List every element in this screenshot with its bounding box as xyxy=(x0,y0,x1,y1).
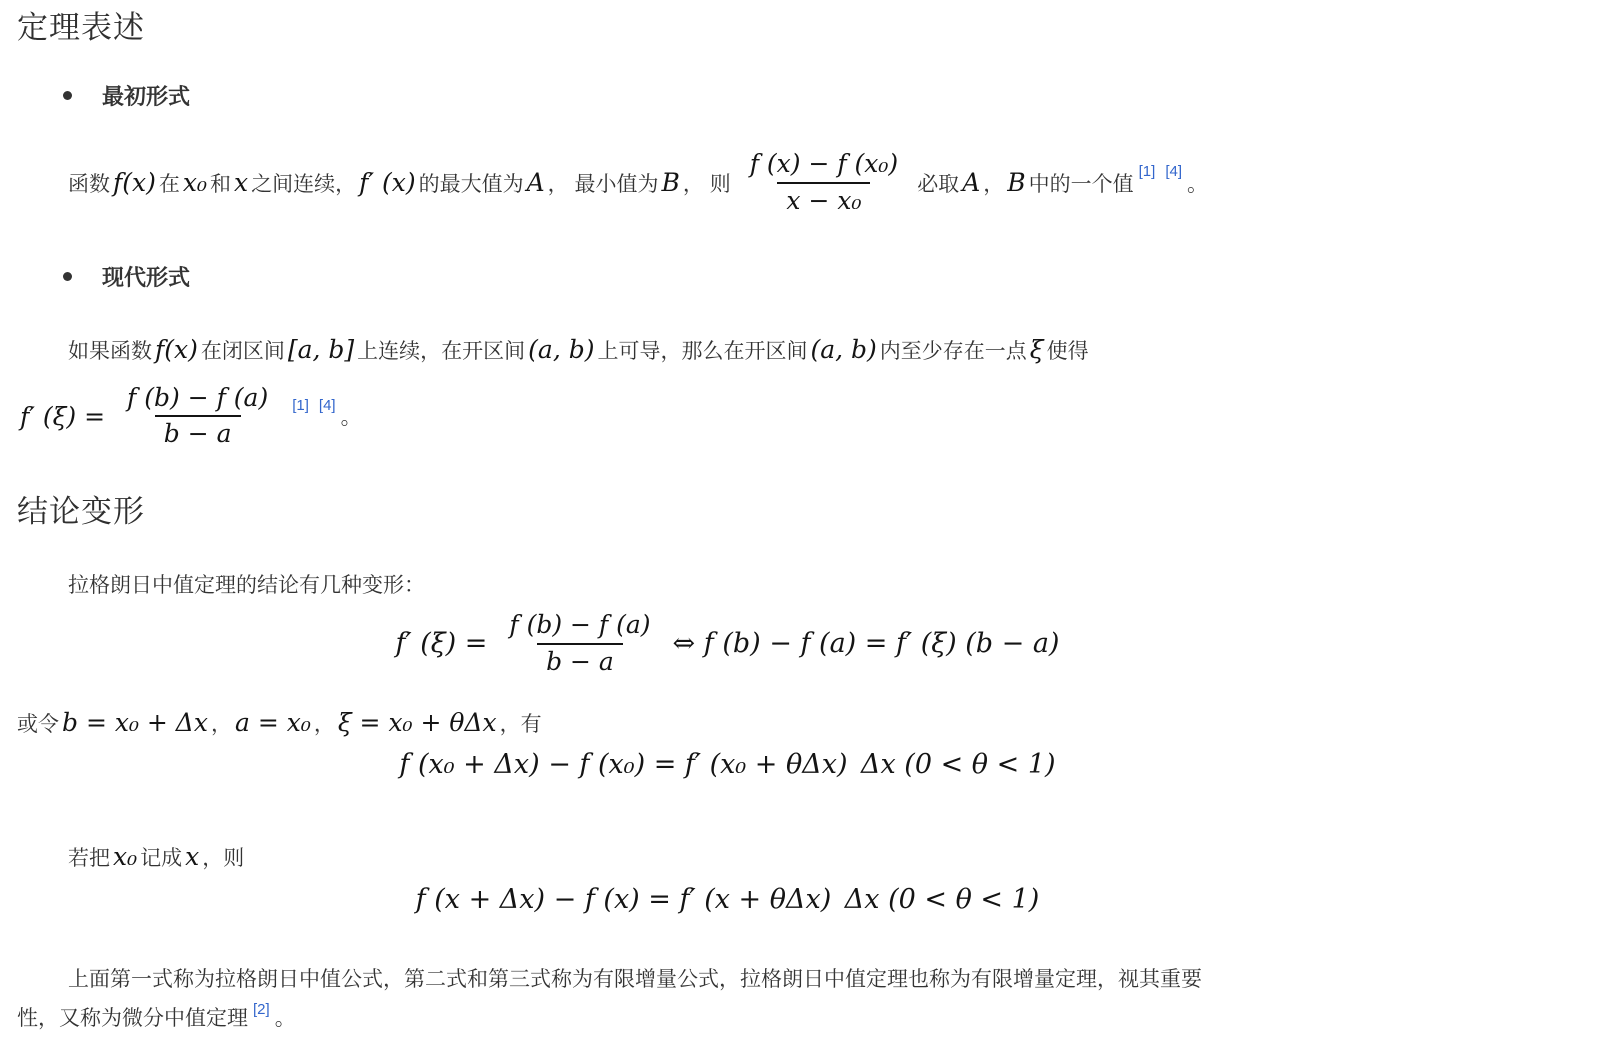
fraction-denominator: x − x₀ xyxy=(777,182,870,216)
text: 记成 xyxy=(140,847,182,870)
math-A: A xyxy=(527,168,545,197)
text: 中的一个值 xyxy=(1029,168,1134,198)
text: ， xyxy=(211,713,232,736)
fraction-numerator: f (x) − f (x₀) xyxy=(741,150,907,182)
reference-link-2[interactable]: [2] xyxy=(253,1001,270,1018)
math-closed-interval: [a, b] xyxy=(288,335,354,364)
text: 如果函数 xyxy=(68,340,152,363)
text: ，则 xyxy=(202,847,244,870)
text: 在 xyxy=(159,168,180,198)
math-B: B xyxy=(661,168,679,197)
paragraph-naming-line2: 性，又称为微分中值定理[2]。 xyxy=(17,1000,1588,1039)
math-f-prime-xi-equals: f′ (ξ) = xyxy=(396,628,488,659)
math-open-interval: (a, b) xyxy=(528,335,594,364)
text: 若把 xyxy=(68,847,110,870)
bullet-icon xyxy=(63,91,72,100)
math-xi-substitution: ξ = x₀ + θΔx xyxy=(338,708,497,737)
text: 拉格朗日中值定理的结论有几种变形： xyxy=(68,574,425,597)
math-B: B xyxy=(1007,168,1025,197)
paragraph-naming: 上面第一式称为拉格朗日中值公式，第二式和第三式称为有限增量公式，拉格朗日中值定理… xyxy=(17,961,1588,1039)
paragraph-original-form: 函数f(x)在x₀和x之间连续，f′ (x)的最大值为A， 最小值为B， 则f … xyxy=(17,150,1588,216)
reference-link-1[interactable]: [1] xyxy=(1139,163,1156,180)
math-b-substitution: b = x₀ + Δx xyxy=(62,708,208,737)
heading-conclusion-transformations: 结论变形 xyxy=(17,490,1588,534)
fraction-numerator: f (b) − f (a) xyxy=(500,611,659,643)
fraction-numerator: f (b) − f (a) xyxy=(118,384,277,416)
math-A: A xyxy=(962,168,980,197)
text: 的最大值为 xyxy=(419,168,524,198)
heading-theorem-statement: 定理表述 xyxy=(17,6,1588,50)
formula-lagrange-equivalence: f′ (ξ) =f (b) − f (a)b − a⇔ f (b) − f (a… xyxy=(17,611,1588,677)
math-f-prime-x: f′ (x) xyxy=(359,168,415,197)
text: 。 xyxy=(1187,168,1208,198)
bullet-icon xyxy=(63,272,72,281)
text: 性，又称为微分中值定理 xyxy=(17,1007,248,1030)
reference-link-4[interactable]: [4] xyxy=(1165,163,1182,180)
math-xi: ξ xyxy=(1030,335,1044,364)
bullet-item-original-form: 最初形式 xyxy=(63,80,1588,110)
text: ， 最小值为 xyxy=(548,168,659,198)
fraction-difference-quotient: f (x) − f (x₀)x − x₀ xyxy=(741,150,907,216)
paragraph-naming-line1: 上面第一式称为拉格朗日中值公式，第二式和第三式称为有限增量公式，拉格朗日中值定理… xyxy=(17,961,1588,1000)
bullet-item-modern-form: 现代形式 xyxy=(63,262,1588,292)
math-open-interval: (a, b) xyxy=(810,335,876,364)
article-content: 定理表述 最初形式 函数f(x)在x₀和x之间连续，f′ (x)的最大值为A， … xyxy=(17,6,1588,1039)
text: 在闭区间 xyxy=(201,340,285,363)
fraction-mean-value: f (b) − f (a)b − a xyxy=(118,384,277,450)
math-f-prime-xi-equals: f′ (ξ) = xyxy=(20,402,105,431)
math-x: x xyxy=(185,842,199,871)
text: 必取 xyxy=(917,168,959,198)
paragraph-modern-form-line2: f′ (ξ) =f (b) − f (a)b − a[1][4]。 xyxy=(17,384,1588,450)
article-page: { "colors": { "text": "#333333", "math":… xyxy=(0,0,1608,1055)
text: 。 xyxy=(275,1007,296,1030)
text: 函数 xyxy=(68,168,110,198)
math-x0: x₀ xyxy=(113,842,137,871)
text: 和 xyxy=(210,168,231,198)
math-fx: f(x) xyxy=(113,168,156,197)
text: 上连续，在开区间 xyxy=(357,340,525,363)
bullet-label-modern-form: 现代形式 xyxy=(102,261,190,292)
paragraph-substitution: 或令b = x₀ + Δx，a = x₀，ξ = x₀ + θΔx，有 xyxy=(17,705,1588,745)
text: 上可导，那么在开区间 xyxy=(597,340,807,363)
math-fx: f(x) xyxy=(155,335,198,364)
text: 使得 xyxy=(1047,340,1089,363)
math-equivalence-rhs: ⇔ f (b) − f (a) = f′ (ξ) (b − a) xyxy=(673,628,1060,659)
math-x: x xyxy=(234,168,248,197)
formula-finite-increment-x0: f (x₀ + Δx) − f (x₀) = f′ (x₀ + θΔx) Δx … xyxy=(17,745,1588,785)
text: ，有 xyxy=(500,713,542,736)
text: 上面第一式称为拉格朗日中值公式，第二式和第三式称为有限增量公式，拉格朗日中值定理… xyxy=(68,968,1202,991)
formula-finite-increment-x: f (x + Δx) − f (x) = f′ (x + θΔx) Δx (0 … xyxy=(17,880,1588,920)
paragraph-modern-form-line1: 如果函数f(x)在闭区间[a, b]上连续，在开区间(a, b)上可导，那么在开… xyxy=(17,332,1588,372)
text: 。 xyxy=(341,401,362,431)
reference-link-4[interactable]: [4] xyxy=(319,397,336,414)
fraction-denominator: b − a xyxy=(537,643,623,677)
text: ， 则 xyxy=(683,168,731,198)
text: 或令 xyxy=(17,713,59,736)
text: ， xyxy=(983,168,1004,198)
reference-link-1[interactable]: [1] xyxy=(292,397,309,414)
paragraph-variants-intro: 拉格朗日中值定理的结论有几种变形： xyxy=(17,569,1588,605)
fraction-denominator: b − a xyxy=(155,415,241,449)
text: ， xyxy=(314,713,335,736)
math-a-substitution: a = x₀ xyxy=(235,708,311,737)
math-x0: x₀ xyxy=(183,168,207,197)
bullet-label-original-form: 最初形式 xyxy=(102,80,190,111)
text: 内至少存在一点 xyxy=(880,340,1027,363)
fraction-mean-value: f (b) − f (a)b − a xyxy=(500,611,659,677)
text: 之间连续， xyxy=(251,168,356,198)
paragraph-rename-x0: 若把x₀记成x，则 xyxy=(17,840,1588,878)
